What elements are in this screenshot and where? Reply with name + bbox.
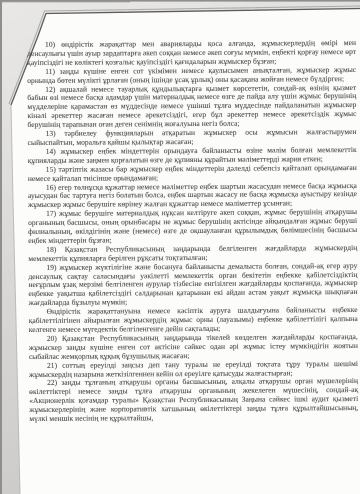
scanner-left-edge <box>0 0 2 494</box>
scanned-document-screenshot: { "document": { "paragraphs": [ "10) өнд… <box>0 0 360 494</box>
clause-paragraph-19: 19) жұмыскер жүктілігіне және босануға б… <box>28 262 357 309</box>
clause-paragraph-10: 10) өндірістік жарақаттар мен авариялард… <box>27 39 356 68</box>
clause-paragraph-unnumbered: Өндірістік жарақаттануына немесе кәсіпті… <box>29 306 358 335</box>
clause-paragraph-20: 20) Қазақстан Республикасының заңдарында… <box>29 333 358 362</box>
clause-paragraph-16: 16) егер төлнұсқа құжаттар немесе мәліме… <box>28 181 357 210</box>
clause-paragraph-22: 22) заңды тұлғаның атқарушы органы басшы… <box>29 377 358 424</box>
clause-paragraph-12: 12) ақшалай немесе тауарлық құндылықтарғ… <box>27 84 356 131</box>
clause-paragraph-17: 17) жұмыс берушіге материалдық нұқсан ке… <box>28 208 357 246</box>
scanned-page-text: 10) өндірістік жарақаттар мен авариялард… <box>27 39 358 424</box>
scanner-top-edge-left-thicker <box>0 0 130 2</box>
